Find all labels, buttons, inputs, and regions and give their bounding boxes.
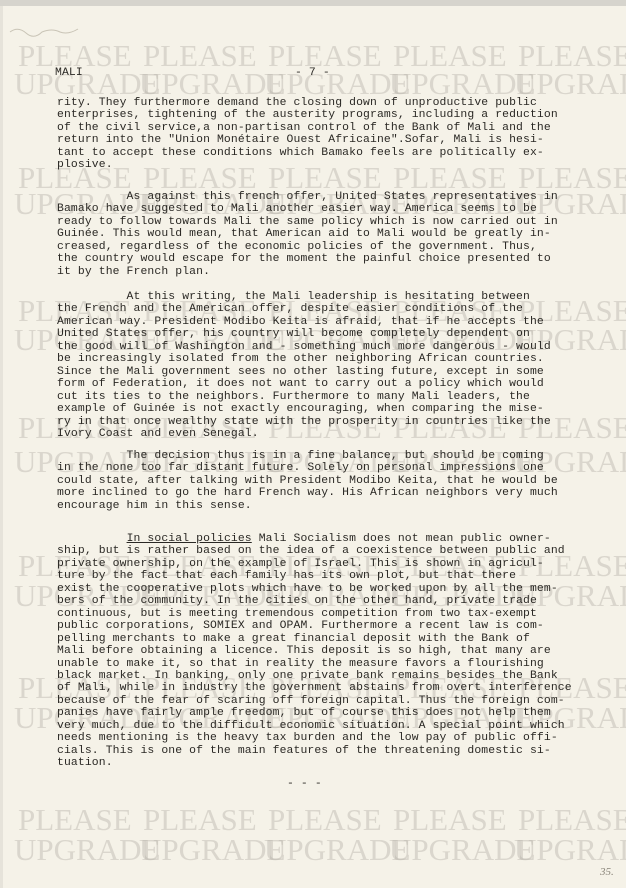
paragraph-1: rity. They furthermore demand the closin… bbox=[57, 97, 558, 172]
paragraph-4: The decision thus is in a fine balance, … bbox=[57, 450, 558, 512]
header-country: MALI bbox=[55, 67, 83, 79]
paragraph-2: As against this french offer, United Sta… bbox=[57, 191, 558, 278]
scan-edge bbox=[0, 0, 626, 6]
underlined-heading: In social policies bbox=[127, 533, 252, 545]
paragraph-5-social-policies: In social policies Mali Socialism does n… bbox=[57, 533, 572, 770]
page-marker: - 7 - bbox=[295, 67, 330, 79]
handwritten-page-number: 35. bbox=[600, 866, 614, 878]
paragraph-3: At this writing, the Mali leadership is … bbox=[57, 291, 551, 440]
faint-pencil-mark bbox=[8, 24, 88, 38]
section-separator: - - - bbox=[287, 778, 322, 790]
